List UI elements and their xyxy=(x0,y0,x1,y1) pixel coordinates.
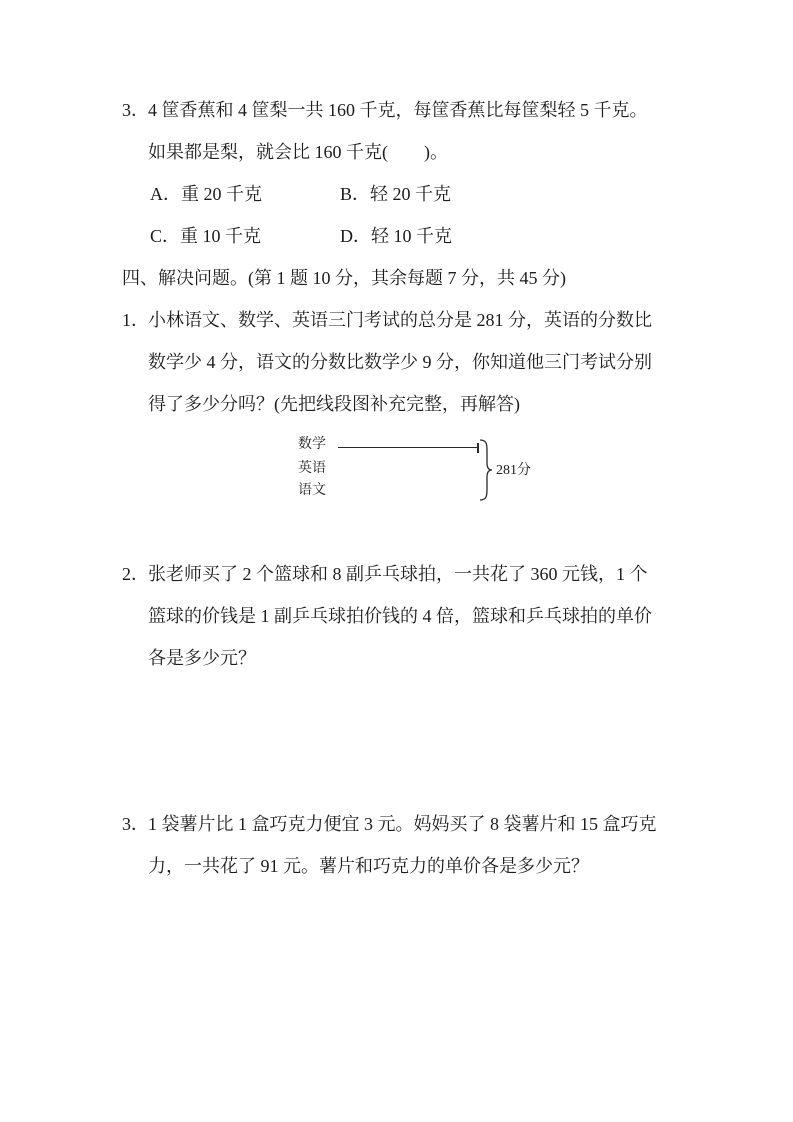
question-number: 3． xyxy=(122,803,148,845)
problem-1: 1．小林语文、数学、英语三门考试的总分是 281 分，英语的分数比 数学少 4 … xyxy=(122,299,722,425)
question-line: 2．张老师买了 2 个篮球和 8 副乒乓球拍，一共花了 360 元钱，1 个 xyxy=(122,553,722,595)
question-text: 4 筐香蕉和 4 筐梨一共 160 千克，每筐香蕉比每筐梨轻 5 千克。 xyxy=(148,100,648,120)
question-text: 张老师买了 2 个篮球和 8 副乒乓球拍，一共花了 360 元钱，1 个 xyxy=(148,564,648,584)
problem-2: 2．张老师买了 2 个篮球和 8 副乒乓球拍，一共花了 360 元钱，1 个 篮… xyxy=(122,553,722,679)
diagram-label-chinese: 语文 xyxy=(298,483,326,499)
options-row: A．重 20 千克 B．轻 20 千克 xyxy=(150,173,722,215)
brace-icon xyxy=(479,439,494,501)
math-line-segment xyxy=(338,447,478,448)
worksheet-content: 3．4 筐香蕉和 4 筐梨一共 160 千克，每筐香蕉比每筐梨轻 5 千克。 如… xyxy=(122,89,722,887)
question-text: 1 袋薯片比 1 盒巧克力便宜 3 元。妈妈买了 8 袋薯片和 15 盒巧克 xyxy=(148,814,657,834)
question-line: 1．小林语文、数学、英语三门考试的总分是 281 分，英语的分数比 xyxy=(122,299,722,341)
diagram-label-english: 英语 xyxy=(298,461,326,477)
question-line: 数学少 4 分，语文的分数比数学少 9 分，你知道他三门考试分别 xyxy=(148,341,722,383)
option-a: A．重 20 千克 xyxy=(150,173,340,215)
question-line: 如果都是梨，就会比 160 千克( )。 xyxy=(148,131,722,173)
question-number: 3． xyxy=(122,89,148,131)
section-heading: 四、解决问题。(第 1 题 10 分，其余每题 7 分，共 45 分) xyxy=(122,257,722,299)
diagram-total-label: 281分 xyxy=(496,463,531,479)
question-line: 各是多少元？ xyxy=(148,637,722,679)
line-segment-diagram: 数学 英语 语文 281分 xyxy=(122,425,722,553)
worksheet-page: 3．4 筐香蕉和 4 筐梨一共 160 千克，每筐香蕉比每筐梨轻 5 千克。 如… xyxy=(0,0,793,1122)
options-group: A．重 20 千克 B．轻 20 千克 C．重 10 千克 D．轻 10 千克 xyxy=(150,173,722,257)
options-row: C．重 10 千克 D．轻 10 千克 xyxy=(150,215,722,257)
question-line: 得了多少分吗？(先把线段图补充完整，再解答) xyxy=(148,383,722,425)
multiple-choice-question: 3．4 筐香蕉和 4 筐梨一共 160 千克，每筐香蕉比每筐梨轻 5 千克。 如… xyxy=(122,89,722,257)
question-line: 3．1 袋薯片比 1 盒巧克力便宜 3 元。妈妈买了 8 袋薯片和 15 盒巧克 xyxy=(122,803,722,845)
question-line: 3．4 筐香蕉和 4 筐梨一共 160 千克，每筐香蕉比每筐梨轻 5 千克。 xyxy=(122,89,722,131)
option-c: C．重 10 千克 xyxy=(150,215,340,257)
question-number: 1． xyxy=(122,299,148,341)
option-b: B．轻 20 千克 xyxy=(340,173,530,215)
problem-3: 3．1 袋薯片比 1 盒巧克力便宜 3 元。妈妈买了 8 袋薯片和 15 盒巧克… xyxy=(122,803,722,887)
option-d: D．轻 10 千克 xyxy=(340,215,530,257)
question-number: 2． xyxy=(122,553,148,595)
question-line: 篮球的价钱是 1 副乒乓球拍价钱的 4 倍，篮球和乒乓球拍的单价 xyxy=(148,595,722,637)
question-text: 小林语文、数学、英语三门考试的总分是 281 分，英语的分数比 xyxy=(148,310,652,330)
question-line: 力，一共花了 91 元。薯片和巧克力的单价各是多少元？ xyxy=(148,845,722,887)
diagram-label-math: 数学 xyxy=(298,437,326,453)
